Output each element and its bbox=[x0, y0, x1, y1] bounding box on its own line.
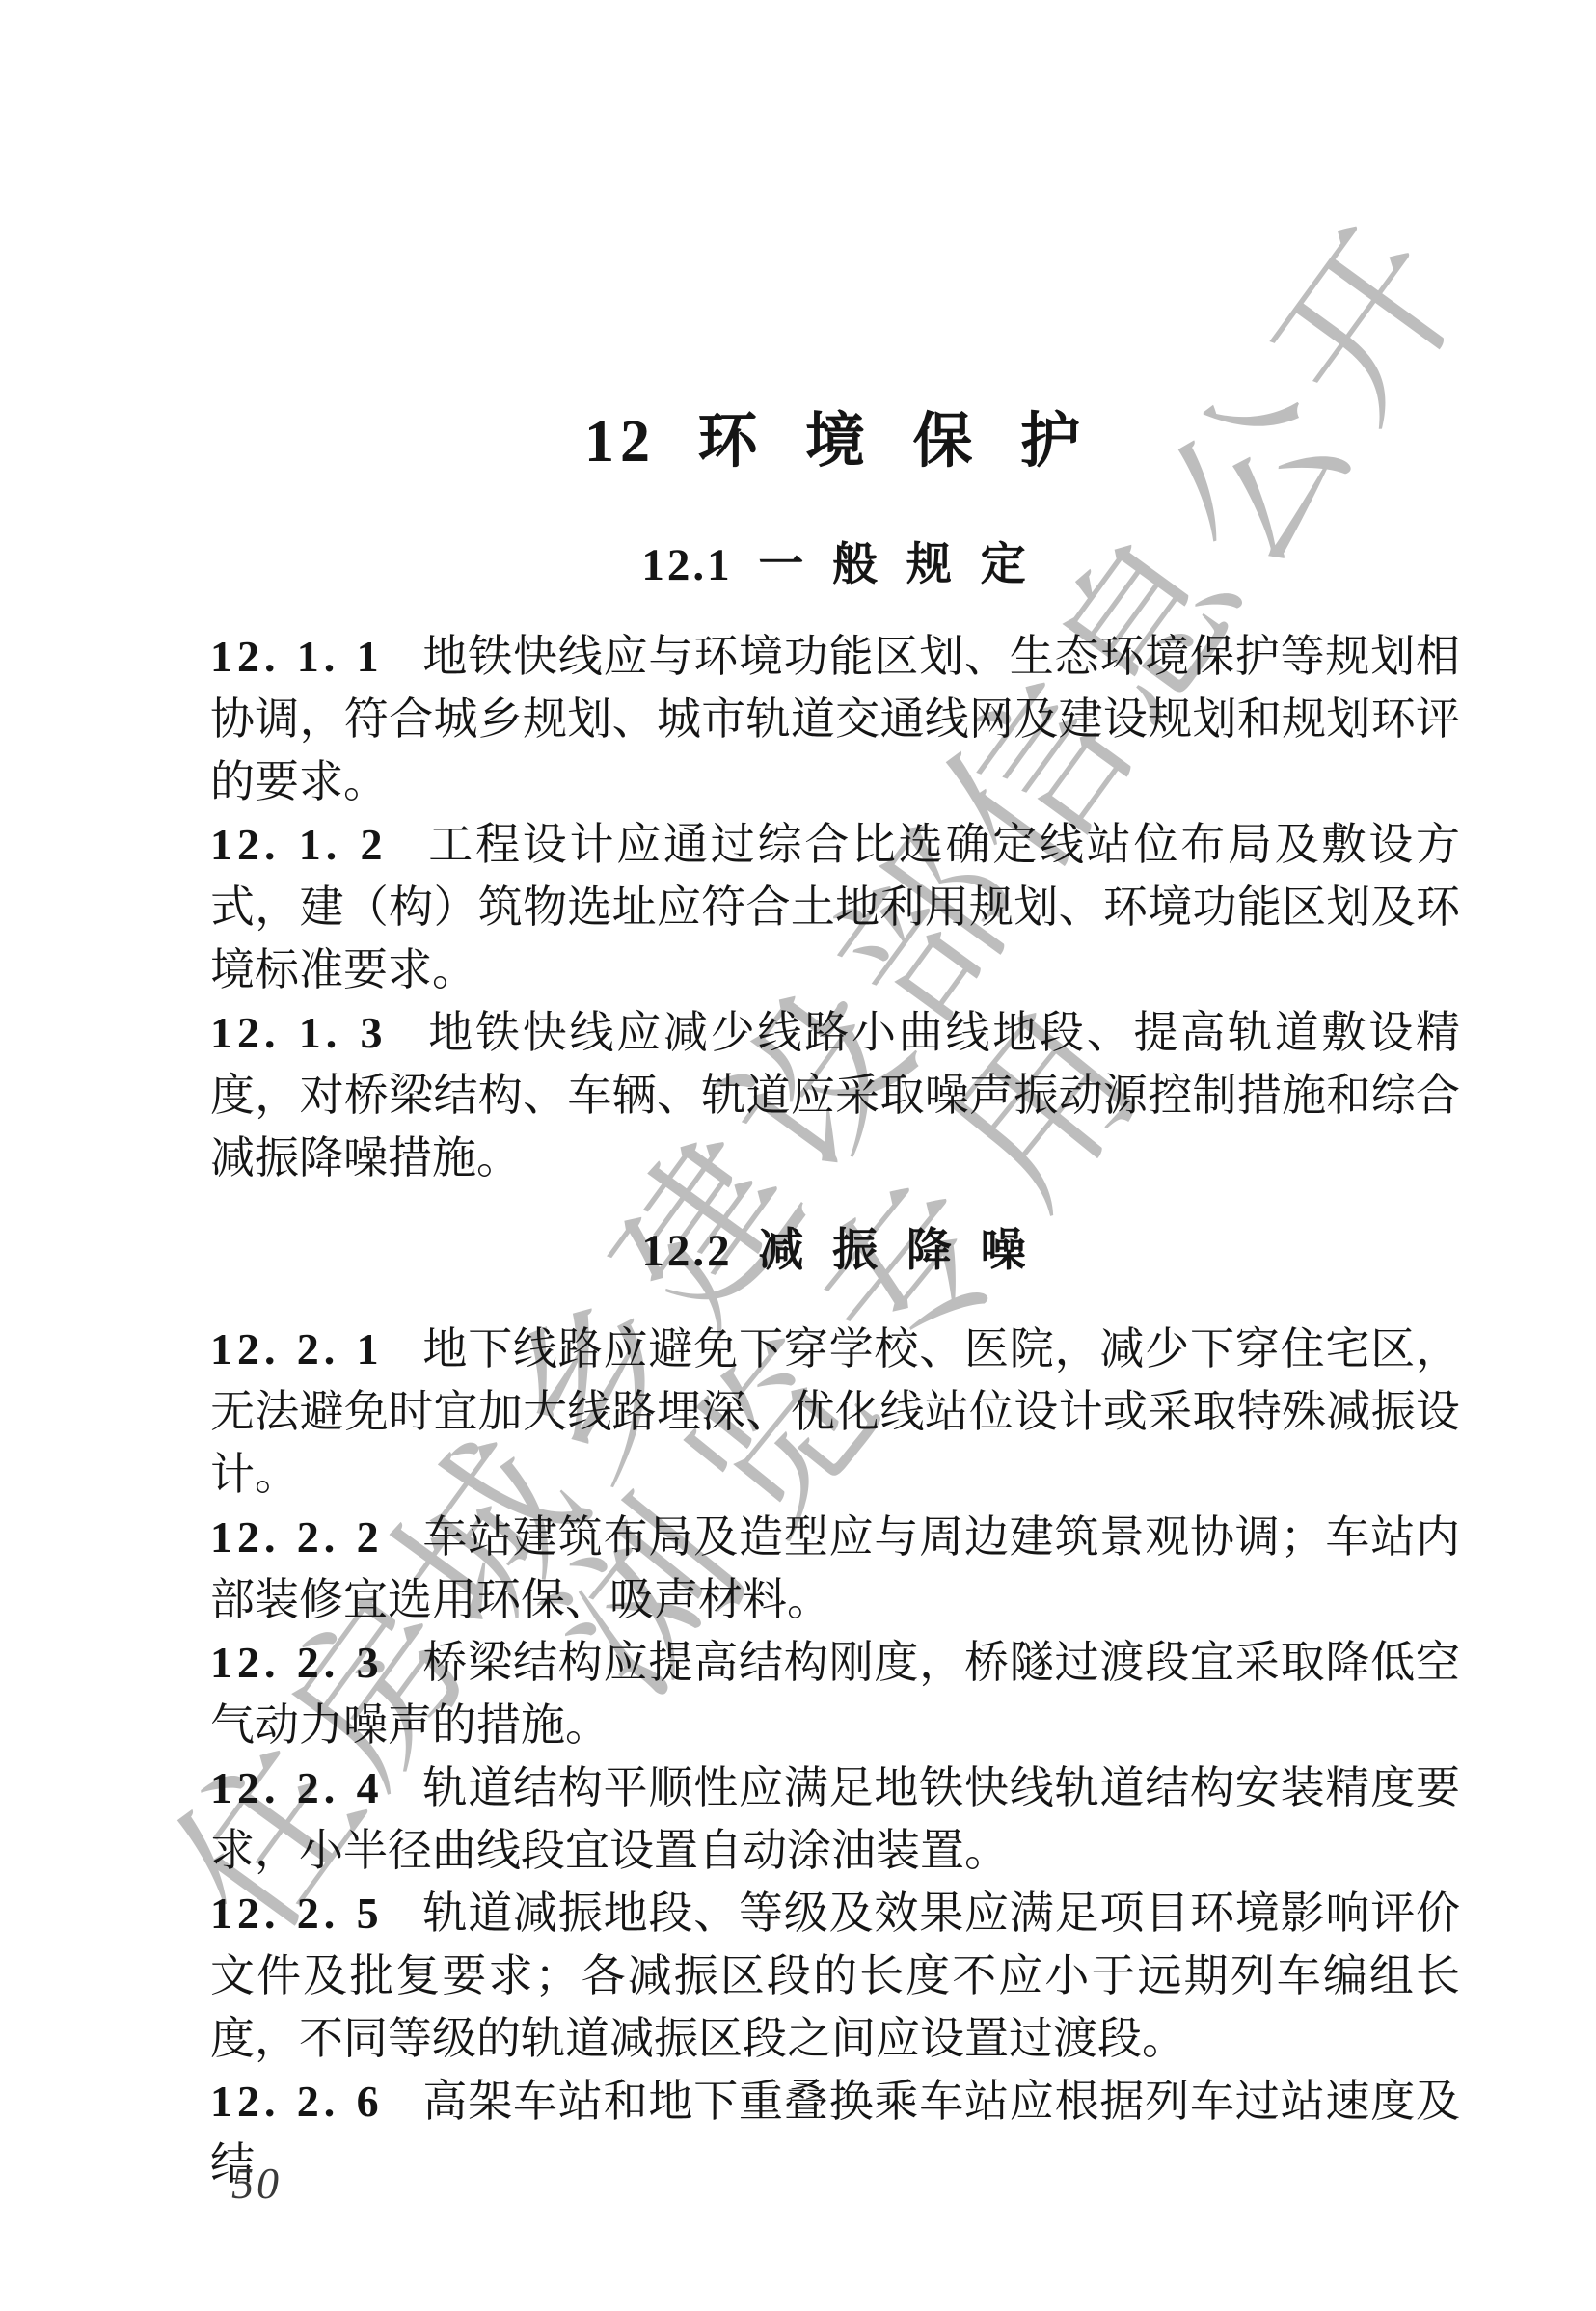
document-page: 住房城乡建设部信息公开 浏览专用 12 环 境 保 护 12.1 一 般 规 定… bbox=[0, 0, 1596, 2311]
clause-number: 12. 1. 3 bbox=[210, 1008, 388, 1057]
clause-text: 地下线路应避免下穿学校、医院，减少下穿住宅区，无法避免时宜加大线路埋深、优化线站… bbox=[210, 1324, 1460, 1499]
clause-number: 12. 2. 4 bbox=[210, 1763, 384, 1812]
clause-12-2-6: 12. 2. 6高架车站和地下重叠换乘车站应根据列车过站速度及结 bbox=[210, 2070, 1460, 2195]
clause-number: 12. 2. 5 bbox=[210, 1889, 384, 1938]
section-12-2-clauses: 12. 2. 1地下线路应避免下穿学校、医院，减少下穿住宅区，无法避免时宜加大线… bbox=[210, 1318, 1460, 2195]
page-number: 50 bbox=[231, 2157, 282, 2211]
clause-number: 12. 2. 6 bbox=[210, 2077, 384, 2126]
clause-number: 12. 2. 1 bbox=[210, 1324, 384, 1373]
clause-text: 地铁快线应与环境功能区划、生态环境保护等规划相协调，符合城乡规划、城市轨道交通线… bbox=[210, 632, 1460, 806]
clause-text: 轨道减振地段、等级及效果应满足项目环境影响评价文件及批复要求；各减振区段的长度不… bbox=[210, 1889, 1460, 2063]
clause-12-2-1: 12. 2. 1地下线路应避免下穿学校、医院，减少下穿住宅区，无法避免时宜加大线… bbox=[210, 1318, 1460, 1506]
clause-text: 车站建筑布局及造型应与周边建筑景观协调；车站内部装修宜选用环保、吸声材料。 bbox=[210, 1512, 1460, 1624]
clause-12-2-5: 12. 2. 5轨道减振地段、等级及效果应满足项目环境影响评价文件及批复要求；各… bbox=[210, 1882, 1460, 2070]
clause-12-1-2: 12. 1. 2工程设计应通过综合比选确定线站位布局及敷设方式，建（构）筑物选址… bbox=[210, 813, 1460, 1001]
clause-number: 12. 1. 2 bbox=[210, 820, 388, 869]
clause-number: 12. 1. 1 bbox=[210, 632, 384, 681]
clause-text: 桥梁结构应提高结构刚度，桥隧过渡段宜采取降低空气动力噪声的措施。 bbox=[210, 1638, 1460, 1750]
clause-number: 12. 2. 3 bbox=[210, 1638, 384, 1687]
clause-12-2-2: 12. 2. 2车站建筑布局及造型应与周边建筑景观协调；车站内部装修宜选用环保、… bbox=[210, 1506, 1460, 1631]
chapter-title: 12 环 境 保 护 bbox=[210, 405, 1460, 478]
clause-12-1-1: 12. 1. 1地铁快线应与环境功能区划、生态环境保护等规划相协调，符合城乡规划… bbox=[210, 625, 1460, 813]
section-heading-12-2: 12.2 减 振 降 噪 bbox=[210, 1222, 1460, 1280]
clause-text: 轨道结构平顺性应满足地铁快线轨道结构安装精度要求，小半径曲线段宜设置自动涂油装置… bbox=[210, 1763, 1460, 1875]
clause-text: 工程设计应通过综合比选确定线站位布局及敷设方式，建（构）筑物选址应符合土地利用规… bbox=[210, 820, 1460, 994]
clause-number: 12. 2. 2 bbox=[210, 1512, 384, 1562]
clause-text: 地铁快线应减少线路小曲线地段、提高轨道敷设精度，对桥梁结构、车辆、轨道应采取噪声… bbox=[210, 1008, 1460, 1183]
clause-12-1-3: 12. 1. 3地铁快线应减少线路小曲线地段、提高轨道敷设精度，对桥梁结构、车辆… bbox=[210, 1001, 1460, 1189]
page-content: 12 环 境 保 护 12.1 一 般 规 定 12. 1. 1地铁快线应与环境… bbox=[210, 0, 1460, 2195]
clause-12-2-4: 12. 2. 4轨道结构平顺性应满足地铁快线轨道结构安装精度要求，小半径曲线段宜… bbox=[210, 1756, 1460, 1882]
section-heading-12-1: 12.1 一 般 规 定 bbox=[210, 536, 1460, 594]
clause-12-2-3: 12. 2. 3桥梁结构应提高结构刚度，桥隧过渡段宜采取降低空气动力噪声的措施。 bbox=[210, 1631, 1460, 1756]
section-12-1-clauses: 12. 1. 1地铁快线应与环境功能区划、生态环境保护等规划相协调，符合城乡规划… bbox=[210, 625, 1460, 1189]
clause-text: 高架车站和地下重叠换乘车站应根据列车过站速度及结 bbox=[210, 2077, 1460, 2189]
